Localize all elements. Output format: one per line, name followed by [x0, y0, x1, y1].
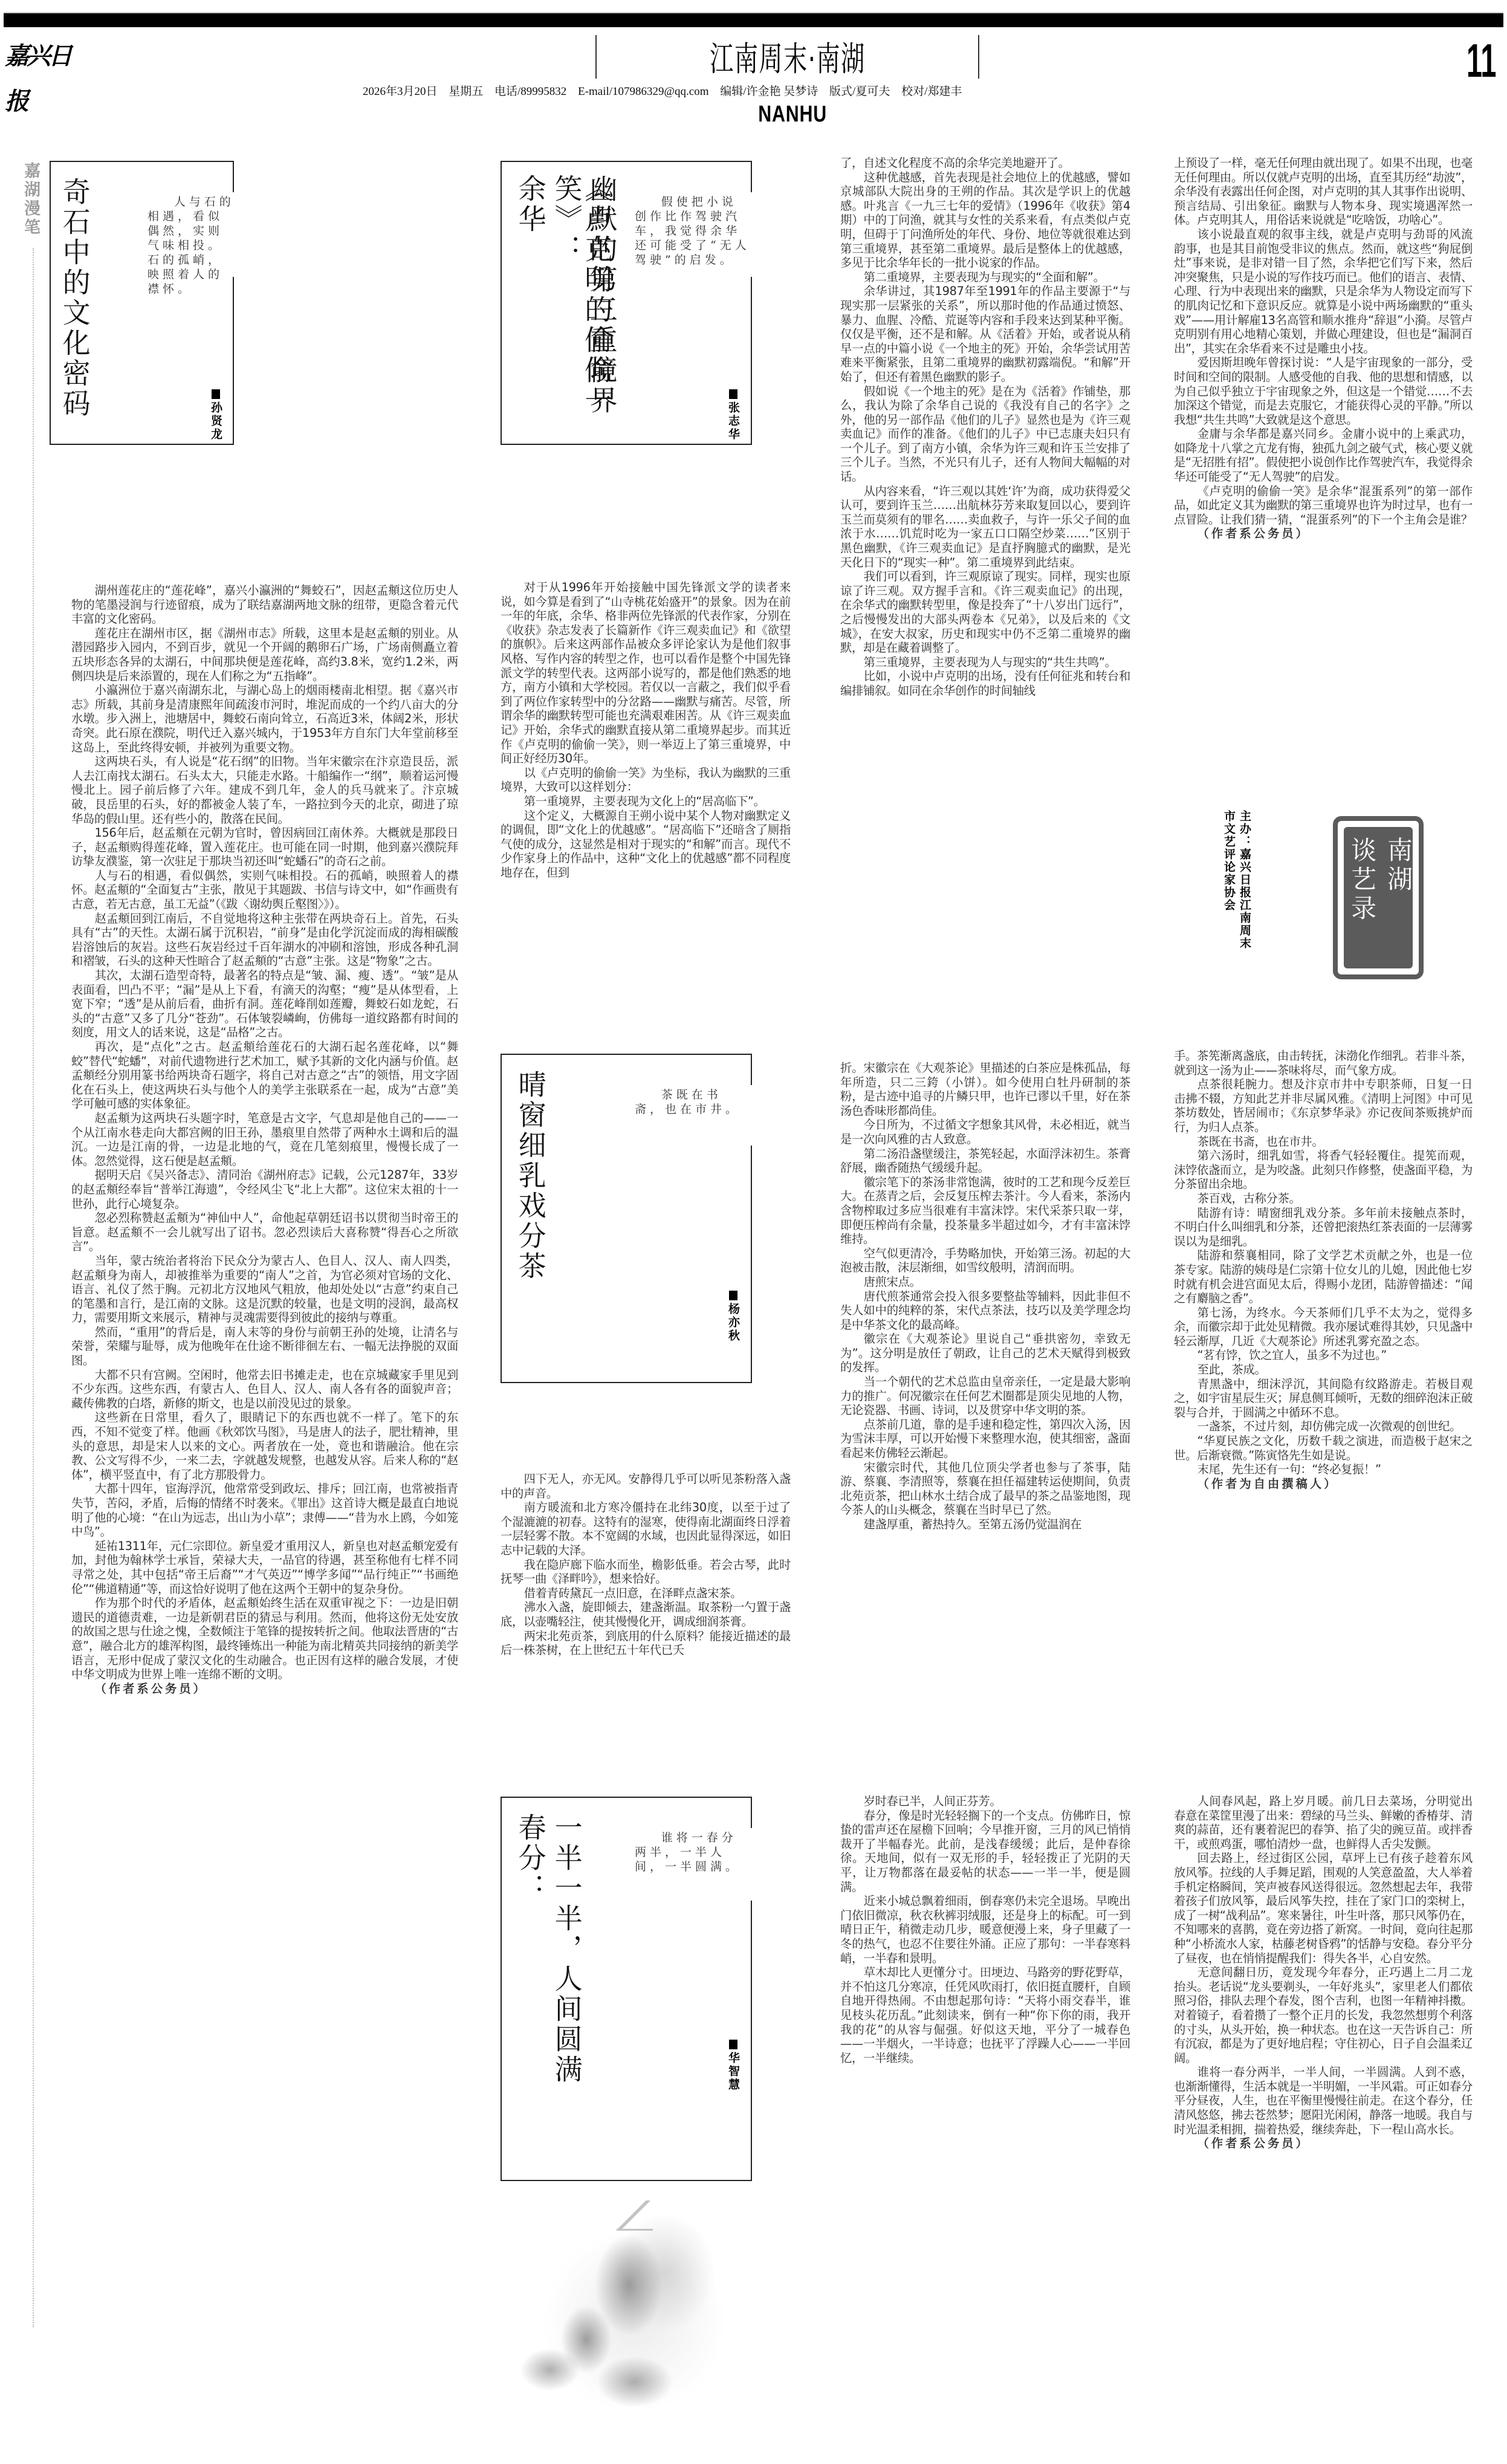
author-note: （作者为自由撰稿人） [1174, 1477, 1473, 1491]
page-number: 11 [1466, 33, 1496, 88]
article-tea-title-box: 晴窗细乳戏分茶 茶既在书斋，也在市井。 杨亦秋 [501, 1054, 752, 1383]
paragraph: 第三重境界，主要表现为人与现实的“共生共鸣”。 [840, 655, 1130, 670]
paragraph: 回去路上，经过街区公园，草坪上已有孩子趁着东风放风筝。拉线的人手舞足蹈，围观的人… [1174, 1851, 1473, 1965]
paragraph: 其次，太湖石造型奇特，最著名的特点是“皱、漏、瘦、透”。“皱”是从表面看，凹凸不… [71, 968, 458, 1040]
paragraph: 建盏厚重，蓄热持久。至第五汤仍觉温润在 [840, 1517, 1130, 1532]
paragraph: 至此，茶成。 [1174, 1363, 1473, 1377]
paragraph: 金庸与余华都是嘉兴同乡。金庸小说中的上乘武功，如降龙十八掌之亢龙有悔，独孤九剑之… [1174, 427, 1473, 484]
paragraph: 作为那个时代的矛盾体，赵孟頫始终生活在双重审视之下：一边是旧朝遗民的道德责难，一… [71, 1596, 458, 1682]
author-name: 张志华 [727, 401, 740, 441]
paragraph: 对于从1996年开始接触中国先锋派文学的读者来说，如今算是看到了“山寺桃花始盛开… [501, 580, 791, 766]
issue-weekday: 星期五 [449, 85, 483, 98]
paragraph: 谁将一春分两半，一半人间，一半圆满。人到不惑，也渐渐懂得，生活本就是一半明媚，一… [1174, 2065, 1473, 2136]
paragraph: 大都十四年，宦海浮沉，他常常受到政坛、排斥；回江南，也常被指青失节，苦闷，矛盾，… [71, 1482, 458, 1538]
paragraph: 今日所为，不过循文字想象其风骨，未必相近，就当是一次向风雅的古人致意。 [840, 1118, 1130, 1146]
paragraph: 湖州莲花庄的“莲花峰”，嘉兴小瀛洲的“舞蛟石”，因赵孟頫这位历史人物的笔墨浸润与… [71, 583, 458, 626]
author-name: 孙贤龙 [209, 401, 222, 441]
seal-text-nanhu: 南湖 [1380, 837, 1416, 895]
article-tea-body-col3: 手。茶筅渐离盏底，由击转抚，沫渤化作细乳。若非斗茶，就到这一汤为止——茶味将尽，… [1174, 1049, 1473, 1491]
paragraph: 这个定义，大概源自王朔小说中某个人物对幽默定义的调侃，即“文化上的优越感”。“居… [501, 809, 791, 880]
paragraph: 草木却比人更懂分寸。田埂边、马路旁的野花野草，并不怕这几分寒凉，任凭风吹雨打，依… [840, 1965, 1130, 2065]
paragraph: 手。茶筅渐离盏底，由击转抚，沫渤化作细乳。若非斗茶，就到这一汤为止——茶味将尽，… [1174, 1049, 1473, 1077]
paragraph: 赵孟頫回到江南后，不自觉地将这种主张带在两块奇石上。首先，石头具有“古”的天性。… [71, 912, 458, 968]
paragraph: 这种优越感，首先表现是社会地位上的优越感，譬如京城部队大院出身的王朔的作品。其次… [840, 170, 1130, 270]
article-humor-teaser: 假使把小说创作比作驾驶汽车，我觉得余华还可能受了“无人驾驶”的启发。 [634, 192, 752, 277]
byline-square-icon [729, 389, 737, 399]
section-title-frame: 江南周末·南湖 [595, 35, 979, 79]
top-black-bar [4, 13, 1503, 27]
article-tea-body-col1: 四下无人，亦无风。安静得几乎可以听见茶粉落入盏中的声音。 南方暖流和北方寒冷僵持… [501, 1472, 791, 1658]
paragraph: 沸水入盏，旋即倾去，建盏渐温。取茶粉一勺置于盏底，以壶嘴轻注，使其慢慢化开，调成… [501, 1600, 791, 1629]
proofreader: 校对/郑建丰 [901, 85, 962, 98]
nanhu-tanyilu-seal-block: 主办：嘉兴日报江南周末 市文艺评论家协会 南湖 谈艺录 [1221, 810, 1415, 991]
article-tea-byline: 杨亦秋 [725, 1291, 742, 1343]
paragraph: 大都不只有宫阙。空闲时，他常去旧书摊走走，也在京城藏家手里见到不少东西。这些东西… [71, 1368, 458, 1411]
pavilion-illustration [617, 2200, 653, 2231]
column-dotted-rule [33, 248, 34, 2327]
article-spring-body-col3: 人间春风起，路上岁月暖。前几日去菜场，分明觉出春意在菜筐里漫了出来：碧绿的马兰头… [1174, 1794, 1473, 2151]
article-humor-title-sub: 《卢克明的偷偷一笑》： [551, 174, 611, 444]
paragraph: “茗有饽，饮之宜人，虽多不为过也。” [1174, 1348, 1473, 1363]
paragraph: 点茶前几道，靠的是手速和稳定性，第四次入汤，因为雪沫丰厚，可以开始慢下来整理水泡… [840, 1418, 1130, 1461]
article-humor-body-col2: 了，自述文化程度不高的余华完美地避开了。 这种优越感，首先表现是社会地位上的优越… [840, 156, 1130, 698]
author-name: 杨亦秋 [727, 1303, 740, 1343]
ink-landscape-illustration [484, 2182, 828, 2442]
paragraph: 唐代煎茶通常会投入很多要整盐等辅料，因此非但不失人如中的纯粹的茶，宋代点茶法，技… [840, 1289, 1130, 1332]
author-note: （作者系公务员） [71, 1682, 458, 1696]
paragraph: 第二重境界，主要表现为与现实的“全面和解”。 [840, 270, 1130, 285]
section-title: 江南周末·南湖 [710, 33, 865, 81]
article-stone-teaser: 人与石的相遇，看似偶然，实则气味相投。石的孤峭，映照着人的襟怀。 [146, 192, 236, 277]
paragraph: 当一个朝代的艺术总监由皇帝亲任，一定是最大影响力的推广。何况徽宗在任何艺术圈都是… [840, 1375, 1130, 1418]
paragraph: 末尾，先生还有一句：“终必复振！” [1174, 1462, 1473, 1477]
nanhu-sub-logo: NANHU [758, 102, 827, 128]
paragraph: 上预设了一样，毫无任何理由就出现了。如果不出现，也毫无任何理由。所以仅就卢克明的… [1174, 156, 1473, 227]
paragraph: 借着青砖黛瓦一点旧意，在泽畔点盏宋茶。 [501, 1586, 791, 1601]
issue-date: 2026年3月20日 [363, 85, 438, 98]
paragraph: 我在隐庐廊下临水而坐，檐影低垂。若会古琴，此时抚琴一曲《泽畔吟》，想来恰好。 [501, 1558, 791, 1586]
paragraph: 陆游和蔡襄相同，除了文学艺术贡献之外，也是一位茶专家。陆游的姨母是仁宗第十位女儿… [1174, 1248, 1473, 1305]
paragraph: 第一重境界，主要表现为文化上的“居高临下”。 [501, 794, 791, 809]
paragraph: 《卢克明的偷偷一笑》是余华“混蛋系列”的第一部作品，如此定义其为幽默的第三重境界… [1174, 484, 1473, 527]
paragraph: 人与石的相遇，看似偶然，实则气味相投。石的孤峭，映照着人的襟怀。赵孟頫的“全面复… [71, 869, 458, 912]
author-name: 华智慧 [727, 2052, 740, 2092]
masthead-info-line: 2026年3月20日 星期五 电话/89995832 E-mail/107986… [363, 82, 1209, 99]
paragraph: 岁时春已半，人间正芬芳。 [840, 1794, 1130, 1809]
article-stone-byline: 孙贤龙 [208, 389, 224, 441]
article-spring-title: 一半一半，人间圆满 [551, 1813, 582, 2085]
paragraph: 忽必烈称赞赵孟頫为“神仙中人”，命他起草朝廷诏书以贯彻当时帝王的旨意。赵孟頫不一… [71, 1211, 458, 1254]
newspaper-logo: 嘉兴日报 [5, 33, 71, 79]
paragraph: 延祐1311年，元仁宗即位。新皇爱才重用汉人，新皇也对赵孟頫宠爱有加，封他为翰林… [71, 1539, 458, 1596]
paragraph: 第七汤，为终水。今天茶师们几乎不太为之，觉得多余，而徽宗却于此处见精微。我亦屡试… [1174, 1306, 1473, 1349]
phone: 电话/89995832 [494, 85, 566, 98]
article-spring-title-sub: 春分： [515, 1813, 545, 1904]
seal-text-tanyilu: 谈艺录 [1344, 837, 1380, 924]
host-2: 市文艺评论家协会 [1222, 810, 1236, 912]
article-spring-body-col2: 岁时春已半，人间正芬芳。 春分，像是时光轻轻搁下的一个支点。仿佛昨日，惊蛰的雷声… [840, 1794, 1130, 2065]
paragraph: 茶百戏，古称分茶。 [1174, 1191, 1473, 1206]
article-humor-title-box: 幽默的第三重境界 《卢克明的偷偷一笑》： 余华 假使把小说创作比作驾驶汽车，我觉… [501, 161, 752, 445]
paragraph: 无意间翻日历，竟发现今年春分，正巧遇上二月二龙抬头。老话说“龙头要剃头，一年好兆… [1174, 1965, 1473, 2065]
article-humor-byline: 张志华 [725, 389, 742, 441]
host-label: 主办： [1238, 810, 1251, 848]
paragraph: 假如说《一个地主的死》是在为《活着》作铺垫，那么，我认为除了余华自己说的《我没有… [840, 384, 1130, 484]
article-stone-title: 奇石中的文化密码 [59, 177, 89, 419]
paragraph: 再次，是“点化”之古。赵孟頫给莲花石的大湖石起名莲花峰，以“舞蛟”替代“蛇蟠”，… [71, 1040, 458, 1111]
paragraph: 莲花庄在湖州市区，据《湖州市志》所载，这里本是赵孟頫的别业。从潜园路步入园内，不… [71, 626, 458, 683]
paragraph: 徽宗笔下的茶汤非常饱满，彼时的工艺和现今反差巨大。在蒸青之后，会反复压榨去茶汁。… [840, 1175, 1130, 1247]
paragraph: 第六汤时，细乳如雪，将香气轻轻覆住。提筅而观，沫饽依盏而立，是为咬盏。此刻只作修… [1174, 1149, 1473, 1191]
paragraph: 人间春风起，路上岁月暖。前几日去菜场，分明觉出春意在菜筐里漫了出来：碧绿的马兰头… [1174, 1794, 1473, 1851]
article-spring-byline: 华智慧 [725, 2040, 742, 2092]
paragraph: 四下无人，亦无风。安静得几乎可以听见茶粉落入盏中的声音。 [501, 1472, 791, 1500]
paragraph: 近来小城总飘着细雨，倒春寒仍未完全退场。早晚出门依旧微凉，秋衣秋裤羽绒服，还是身… [840, 1894, 1130, 1965]
article-spring-teaser: 谁将一春分两半，一半人间，一半圆满。 [634, 1828, 752, 1901]
byline-square-icon [729, 1291, 737, 1300]
paragraph: 以《卢克明的偷偷一笑》为坐标，我认为幽默的三重境界，大致可以这样划分： [501, 766, 791, 794]
paragraph: 空气似更清冷，手势略加快，开始第三汤。初起的大泡被击散，沫层渐细，如雪纹般明，清… [840, 1247, 1130, 1275]
paragraph: 南方暖流和北方寒冷僵持在北纬30度，以至于过了个湿漉漉的初春。这特有的湿寒，使得… [501, 1500, 791, 1557]
article-humor-body-col3: 上预设了一样，毫无任何理由就出现了。如果不出现，也毫无任何理由。所以仅就卢克明的… [1174, 156, 1473, 541]
paragraph: 茶既在书斋，也在市井。 [1174, 1135, 1473, 1149]
paragraph: 折。宋徽宗在《大观茶论》里描述的白茶应是株孤品，每年所造，只二三銙（小饼）。如今… [840, 1061, 1130, 1118]
article-stone-body: 湖州莲花庄的“莲花峰”，嘉兴小瀛洲的“舞蛟石”，因赵孟頫这位历史人物的笔墨浸润与… [71, 583, 458, 1696]
paragraph: 青黑盏中，细沫浮沉，其间隐有纹路游走。若极目观之，如宇宙星辰生灭；屏息侧耳倾听，… [1174, 1377, 1473, 1420]
paragraph: 余华讲过，其1987年至1991年的作品主要源于“与现实那一层紧张的关系”，所以… [840, 284, 1130, 384]
paragraph: 春分，像是时光轻轻搁下的一个支点。仿佛昨日，惊蛰的雷声还在屋檐下回响；今早推开窗… [840, 1809, 1130, 1895]
paragraph: 两宋北苑贡茶，到底用的什么原料？能接近描述的最后一株茶树，在上世纪五十年代已夭 [501, 1629, 791, 1658]
paragraph: 156年后，赵孟頫在元朝为官时，曾因病回江南休养。大概就是那段日子，赵孟頫购得莲… [71, 826, 458, 869]
article-tea-title: 晴窗细乳戏分茶 [515, 1070, 545, 1282]
paragraph: 然而，“重用”的背后是，南人末等的身份与前朝王孙的处境，让清名与荣誉，荣耀与耻辱… [71, 1325, 458, 1368]
article-tea-teaser: 茶既在书斋，也在市井。 [634, 1085, 752, 1146]
seal-stamp: 南湖 谈艺录 [1333, 816, 1424, 979]
column-tag: 嘉湖漫笔 [24, 162, 42, 237]
paragraph: 一盏茶，不过片刻，却仿佛完成一次微观的创世纪。 [1174, 1419, 1473, 1434]
article-humor-body-col1: 对于从1996年开始接触中国先锋派文学的读者来说，如今算是看到了“山寺桃花始盛开… [501, 580, 791, 880]
paragraph: 陆游有诗：晴窗细乳戏分茶。多年前未接触点茶时，不明白什么叫细乳和分茶，还曾把滚热… [1174, 1206, 1473, 1249]
paragraph: 该小说最直观的叙事主线，就是卢克明与劲哥的风流韵事，也是其目前饱受非议的焦点。然… [1174, 227, 1473, 355]
paragraph: 赵孟頫为这两块石头题字时，笔意是古文字，气息却是他自己的——一个从江南水巷走向大… [71, 1111, 458, 1168]
byline-square-icon [729, 2040, 737, 2049]
paragraph: 宋徽宗时代，其他几位顶尖学者也参与了茶事，陆游、蔡襄、李清照等，蔡襄在担任福建转… [840, 1461, 1130, 1517]
paragraph: 小瀛洲位于嘉兴南湖东北，与湖心岛上的烟雨楼南北相望。据《嘉兴市志》所载，其前身是… [71, 683, 458, 754]
paragraph: 这些新在日常里，看久了，眼睛记下的东西也就不一样了。笔下的东西，不知不觉变了样。… [71, 1410, 458, 1482]
paragraph: 第二汤沿盏壁缓注，茶筅轻起，水面浮沫初生。茶膏舒展，幽香随热气缓缓升起。 [840, 1147, 1130, 1175]
paragraph: 唐煎宋点。 [840, 1275, 1130, 1289]
article-spring-title-box: 一半一半，人间圆满 春分： 谁将一春分两半，一半人间，一半圆满。 华智慧 [501, 1797, 752, 2181]
article-tea-body-col2: 折。宋徽宗在《大观茶论》里描述的白茶应是株孤品，每年所造，只二三銙（小饼）。如今… [840, 1061, 1130, 1532]
paragraph: 据明天启《吴兴备志》、清同治《湖州府志》记载，公元1287年，33岁的赵孟頫经奉… [71, 1168, 458, 1211]
paragraph: 从内容来看，“许三观以其姓‘许’为商，成功获得爱父认可，要到许玉兰……出航林芬芳… [840, 484, 1130, 570]
host-1: 嘉兴日报江南周末 [1238, 848, 1251, 950]
byline-square-icon [212, 389, 220, 399]
article-humor-title-author: 余华 [515, 174, 545, 235]
paragraph: 爱因斯坦晚年曾探讨说：“人是宇宙现象的一部分，受时间和空间的限制。人感受他的自我… [1174, 355, 1473, 427]
paragraph: 当年，蒙古统治者将治下民众分为蒙古人、色目人、汉人、南人四类，赵孟頫身为南人，却… [71, 1254, 458, 1325]
author-note: （作者系公务员） [1174, 527, 1473, 541]
layout-editor: 版式/夏可夫 [829, 85, 890, 98]
editors: 编辑/许金艳 吴梦诗 [720, 85, 818, 98]
paragraph: 比如，小说中卢克明的出场，没有任何征兆和转台和编排铺叙。如同在余华创作的时间轴线 [840, 669, 1130, 698]
paragraph: 了，自述文化程度不高的余华完美地避开了。 [840, 156, 1130, 170]
paragraph: 点茶很耗腕力。想及汴京市井中专职茶师，日复一日击拂不辍，方知此艺并非尽属风雅。《… [1174, 1077, 1473, 1134]
paragraph: 徽宗在《大观茶论》里说自己“垂拱密勿，幸致无为”。这分明是放任了朝政，让自己的艺… [840, 1332, 1130, 1375]
paragraph: 这两块石头，有人说是“花石纲”的旧物。当年宋徽宗在汴京造艮岳，派人去江南找太湖石… [71, 754, 458, 826]
article-stone-title-box: 奇石中的文化密码 人与石的相遇，看似偶然，实则气味相投。石的孤峭，映照着人的襟怀… [50, 161, 234, 445]
email[interactable]: E-mail/107986329@qq.com [578, 85, 708, 98]
author-note: （作者系公务员） [1174, 2136, 1473, 2151]
paragraph: “华夏民族之文化，历数千载之演进，而造极于赵宋之世。后渐衰微。”陈寅恪先生如是说… [1174, 1434, 1473, 1462]
host-organizations: 主办：嘉兴日报江南周末 市文艺评论家协会 [1221, 810, 1253, 976]
paragraph: 我们可以看到，许三观原谅了现实。同样，现实也原谅了许三观。双方握手言和。《许三观… [840, 569, 1130, 655]
